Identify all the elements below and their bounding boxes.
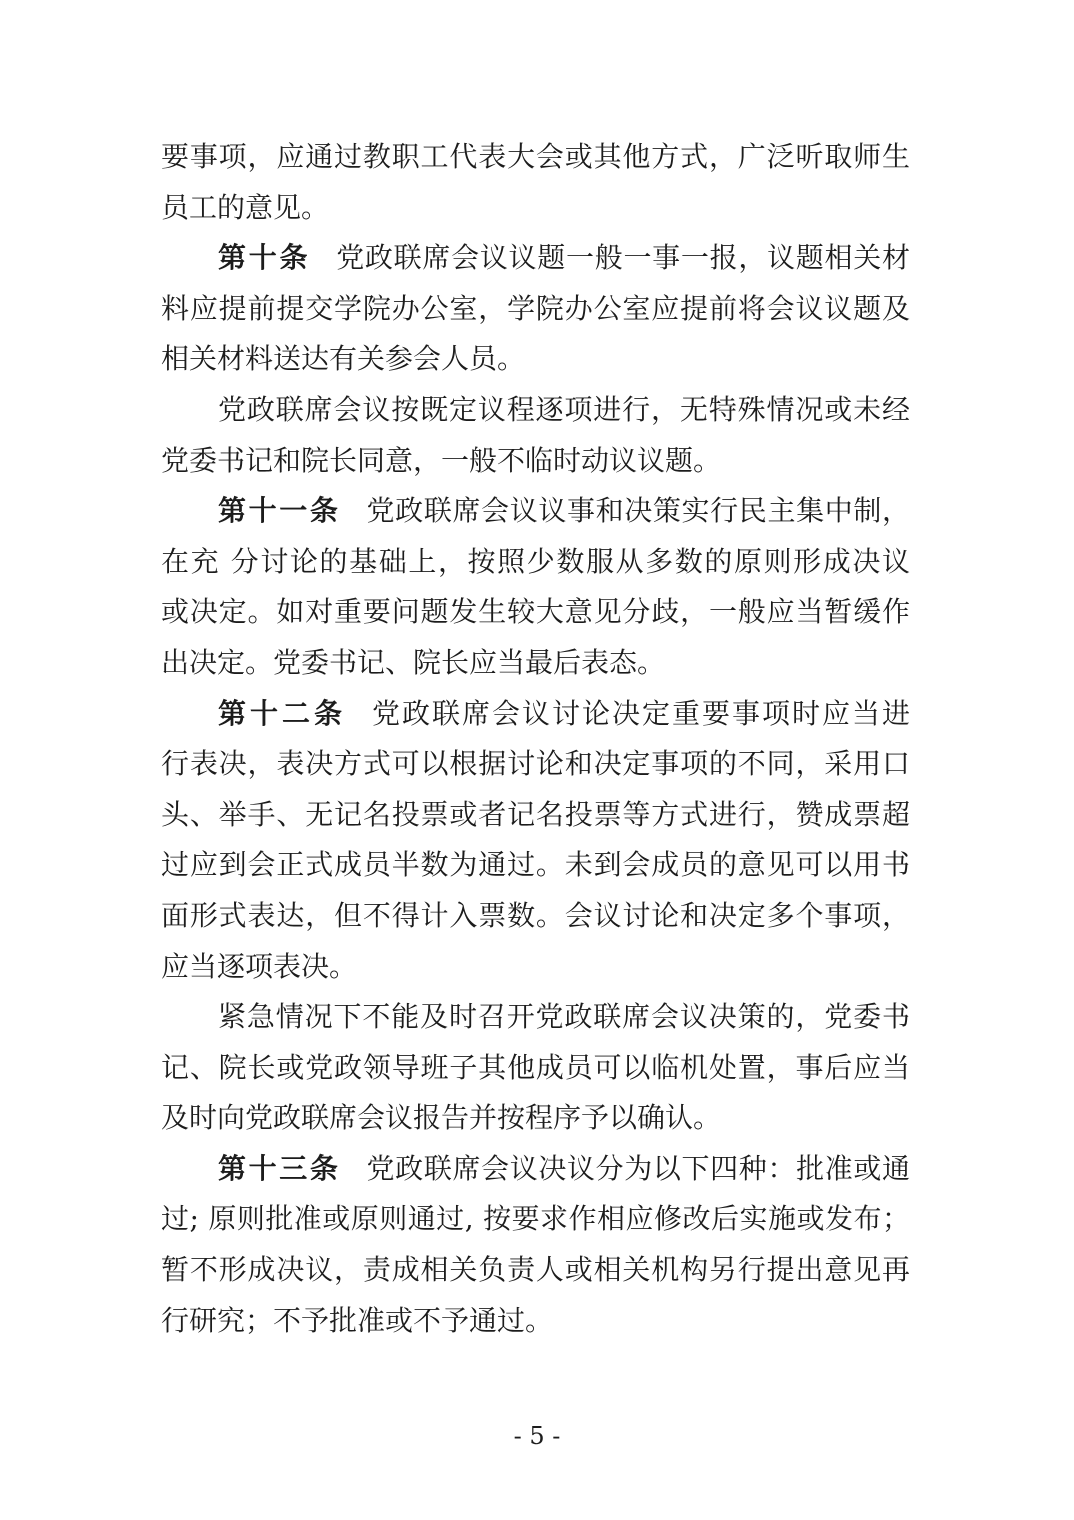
line-text: 党政联席会议议事和决策实行民主集中制， xyxy=(367,494,910,527)
text-line: 党委书记和院长同意，一般不临时动议议题。 xyxy=(161,436,910,487)
text-line: 料应提前提交学院办公室，学院办公室应提前将会议议题及 xyxy=(161,284,910,335)
document-page: 要事项，应通过教职工代表大会或其他方式，广泛听取师生 员工的意见。 第十条党政联… xyxy=(0,0,1074,1520)
line-text: 党政联席会议决议分为以下四种：批准或通 xyxy=(367,1152,910,1185)
text-line: 员工的意见。 xyxy=(161,183,910,234)
text-line: 第十条党政联席会议议题一般一事一报，议题相关材 xyxy=(161,233,910,284)
article-number: 第十条 xyxy=(218,241,310,274)
page-number: - 5 - xyxy=(0,1422,1074,1450)
text-line: 行表决，表决方式可以根据讨论和决定事项的不同，采用口 xyxy=(161,739,910,790)
text-line: 头、举手、无记名投票或者记名投票等方式进行，赞成票超 xyxy=(161,790,910,841)
line-text: 党政联席会议议题一般一事一报，议题相关材 xyxy=(336,241,910,274)
text-line: 紧急情况下不能及时召开党政联席会议决策的，党委书 xyxy=(161,992,910,1043)
text-line: 相关材料送达有关参会人员。 xyxy=(161,334,910,385)
text-line: 过; 原则批准或原则通过, 按要求作相应修改后实施或发布； xyxy=(161,1194,910,1245)
text-line: 第十一条党政联席会议议事和决策实行民主集中制， xyxy=(161,486,910,537)
text-line: 过应到会正式成员半数为通过。未到会成员的意见可以用书 xyxy=(161,840,910,891)
text-line: 在充 分讨论的基础上，按照少数服从多数的原则形成决议 xyxy=(161,537,910,588)
document-body: 要事项，应通过教职工代表大会或其他方式，广泛听取师生 员工的意见。 第十条党政联… xyxy=(161,132,910,1346)
text-line: 及时向党政联席会议报告并按程序予以确认。 xyxy=(161,1093,910,1144)
article-number: 第十一条 xyxy=(218,494,341,527)
article-number: 第十三条 xyxy=(218,1152,341,1185)
text-line: 或决定。如对重要问题发生较大意见分歧，一般应当暂缓作 xyxy=(161,587,910,638)
text-line: 出决定。党委书记、院长应当最后表态。 xyxy=(161,638,910,689)
line-text: 党政联席会议讨论决定重要事项时应当进 xyxy=(372,697,910,730)
text-line: 要事项，应通过教职工代表大会或其他方式，广泛听取师生 xyxy=(161,132,910,183)
text-line: 暂不形成决议，责成相关负责人或相关机构另行提出意见再 xyxy=(161,1245,910,1296)
text-line: 应当逐项表决。 xyxy=(161,942,910,993)
article-number: 第十二条 xyxy=(218,697,346,730)
text-line: 面形式表达，但不得计入票数。会议讨论和决定多个事项， xyxy=(161,891,910,942)
text-line: 记、院长或党政领导班子其他成员可以临机处置，事后应当 xyxy=(161,1043,910,1094)
text-line: 第十三条党政联席会议决议分为以下四种：批准或通 xyxy=(161,1144,910,1195)
text-line: 行研究；不予批准或不予通过。 xyxy=(161,1296,910,1347)
text-line: 党政联席会议按既定议程逐项进行，无特殊情况或未经 xyxy=(161,385,910,436)
text-line: 第十二条党政联席会议讨论决定重要事项时应当进 xyxy=(161,689,910,740)
